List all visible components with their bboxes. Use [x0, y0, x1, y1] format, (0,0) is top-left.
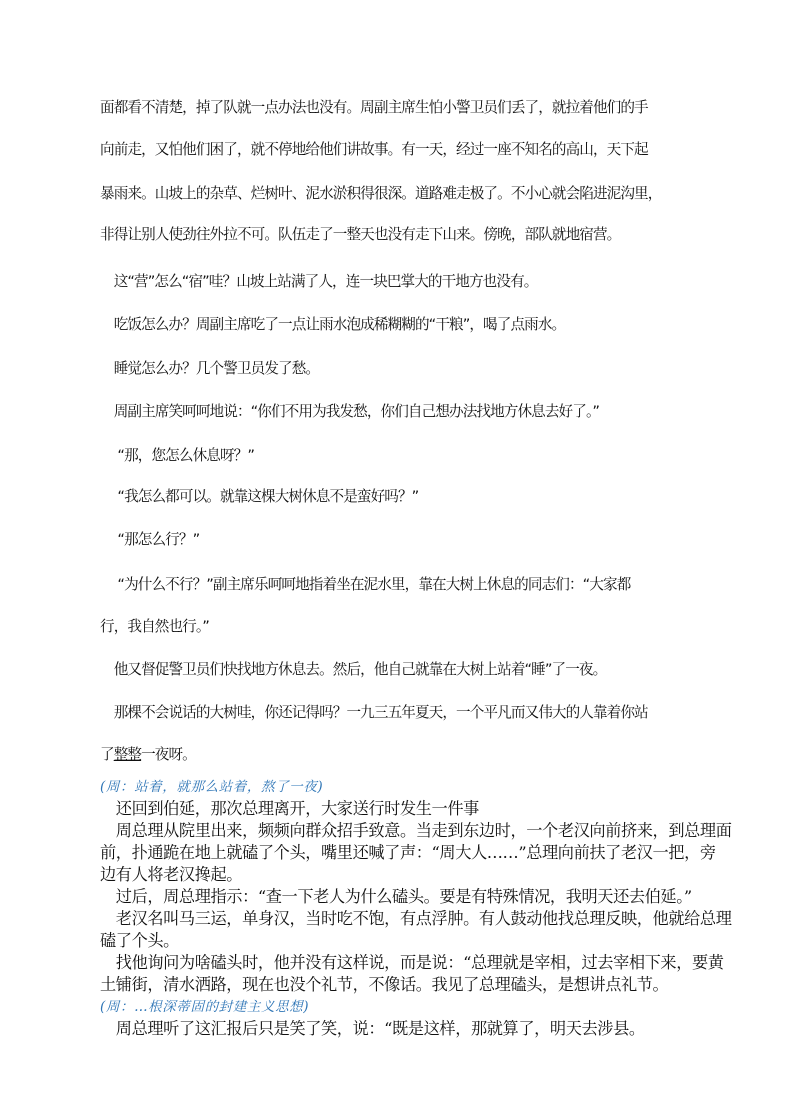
- paragraph-line: 非得让别人使劲往外拉不可。队伍走了一整天也没有走下山来。傍晚，部队就地宿营。: [100, 225, 700, 245]
- paragraph-line: 吃饭怎么办？周副主席吃了一点让雨水泡成稀糊糊的“干粮”，喝了点雨水。: [100, 315, 700, 335]
- text-run: 了: [100, 746, 114, 763]
- paragraph-line: 磕了个头。: [100, 931, 700, 951]
- paragraph-line: 前，扑通跪在地上就磕了个头，嘴里还喊了声：“周大人……”总理向前扶了老汉一把，旁: [100, 843, 700, 863]
- annotation-note: (周：…根深蒂固的封建主义思想): [100, 997, 700, 1017]
- paragraph-line: 向前走，又怕他们困了，就不停地给他们讲故事。有一天，经过一座不知名的高山，天下起: [100, 140, 700, 160]
- annotation-note: (周：站着，就那么站着，熬了一夜): [100, 777, 700, 797]
- paragraph-line: 暴雨来。山坡上的杂草、烂树叶、泥水淤积得很深。道路难走极了。不小心就会陷进泥沟里…: [100, 184, 700, 204]
- paragraph-line: 面都看不清楚，掉了队就一点办法也没有。周副主席生怕小警卫员们丢了，就拉着他们的手: [100, 98, 700, 118]
- paragraph-line: 周总理听了这汇报后只是笑了笑，说：“既是这样，那就算了，明天去涉县。: [100, 1019, 700, 1039]
- dialogue-line: “我怎么都可以。就靠这棵大树休息不是蛮好吗？”: [100, 487, 700, 507]
- paragraph-line: 行，我自然也行。”: [100, 617, 700, 637]
- dialogue-line: “为什么不行？”副主席乐呵呵地指着坐在泥水里，靠在大树上休息的同志们：“大家都: [100, 575, 700, 595]
- paragraph-line: 找他询问为啥磕头时，他并没有这样说，而是说：“总理就是宰相，过去宰相下来，要黄: [100, 953, 700, 973]
- paragraph-line: 那棵不会说话的大树哇，你还记得吗？一九三五年夏天，一个平凡而又伟大的人靠着你站: [100, 703, 700, 723]
- dialogue-line: “那，您怎么休息呀？”: [100, 446, 700, 466]
- text-run: 一夜呀。: [141, 746, 196, 763]
- paragraph-line: 老汉名叫马三运，单身汉，当时吃不饱，有点浮肿。有人鼓动他找总理反映，他就给总理: [100, 909, 700, 929]
- paragraph-line: 这“营”怎么“宿”哇？山坡上站满了人，连一块巴掌大的干地方也没有。: [100, 272, 700, 292]
- paragraph-line: 周副主席笑呵呵地说：“你们不用为我发愁，你们自己想办法找地方休息去好了。”: [100, 402, 700, 422]
- paragraph-line: 睡觉怎么办？几个警卫员发了愁。: [100, 359, 700, 379]
- paragraph-line: 他又督促警卫员们快找地方休息去。然后，他自己就靠在大树上站着“睡”了一夜。: [100, 660, 700, 680]
- underlined-text: 整整: [114, 746, 141, 763]
- dialogue-line: “那怎么行？”: [100, 530, 700, 550]
- paragraph-line: 还回到伯延，那次总理离开，大家送行时发生一件事: [100, 799, 700, 819]
- paragraph-last-line: 了整整一夜呀。: [100, 745, 700, 765]
- paragraph-line: 边有人将老汉搀起。: [100, 865, 700, 885]
- paragraph-line: 过后，周总理指示：“查一下老人为什么磕头。要是有特殊情况，我明天还去伯延。”: [100, 887, 700, 907]
- paragraph-line: 周总理从院里出来，频频向群众招手致意。当走到东边时，一个老汉向前挤来，到总理面: [100, 821, 700, 841]
- paragraph-line: 土铺街，清水洒路，现在也没个礼节，不像话。我见了总理磕头，是想讲点礼节。: [100, 975, 700, 995]
